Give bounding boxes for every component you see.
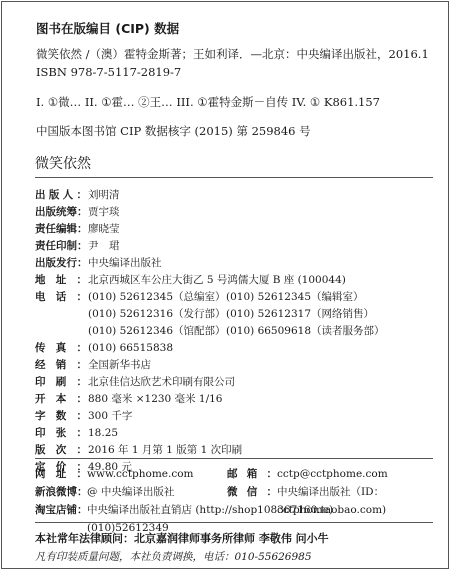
info-label: 传真：: [35, 340, 87, 357]
info-label: 地址：: [35, 272, 87, 289]
info-label: 出版人：: [35, 187, 87, 204]
phone-entry: (010) 52612317（网络销售）: [226, 306, 385, 323]
info-row: 责任印制：尹 珺: [35, 238, 435, 255]
info-label: 印刷：: [35, 374, 87, 391]
info-value: 880 毫米 ×1230 毫米 1/16: [87, 391, 223, 408]
info-label: 出版统筹：: [35, 204, 87, 221]
info-row: 印张：18.25: [35, 425, 435, 442]
website-link[interactable]: www.cctphome.com: [87, 465, 227, 483]
info-row-phone: 电 话 ： (010) 52612345（总编室） (010) 52612345…: [35, 289, 435, 340]
info-row: 传真：(010) 66515838: [35, 340, 435, 357]
info-value: 中央编译出版社: [87, 255, 162, 272]
info-label: 字数：: [35, 408, 87, 425]
info-label-phone: 电 话 ：: [35, 289, 87, 340]
taobao-label: 淘 宝 店 铺 ：: [35, 501, 87, 519]
info-value: 18.25: [87, 425, 118, 442]
weibo-account: @ 中央编译出版社: [87, 483, 227, 501]
divider-top: [35, 177, 433, 178]
website-label: 网 址 ：: [35, 465, 87, 483]
info-row: 字数：300 千字: [35, 408, 435, 425]
contact-row-weibo-wechat: 新 浪 微 博 ： @ 中央编译出版社 微 信 ： 中央编译出版社（ID：cct…: [35, 483, 435, 501]
wechat-label: 微 信 ：: [227, 483, 277, 501]
contact-row-web-email: 网 址 ： www.cctphome.com 邮 箱 ： cctp@cctpho…: [35, 465, 435, 483]
copyright-page: 图书在版编目 (CIP) 数据 微笑依然 /（澳）霍特金斯著；王如利译．—北京：…: [1, 1, 449, 569]
info-row: 出版发行：中央编译出版社: [35, 255, 435, 272]
info-row: 出版统筹：贾宇琰: [35, 204, 435, 221]
quality-notice: 凡有印装质量问题，本社负责调换，电话：010-55626985: [35, 549, 312, 564]
divider-middle: [35, 458, 433, 459]
info-row: 地址：北京西城区车公庄大街乙 5 号鸿儒大厦 B 座 (100044): [35, 272, 435, 289]
phone-entry: (010) 52612345（编辑室）: [226, 289, 385, 306]
info-row: 责任编辑：廖晓莹: [35, 221, 435, 238]
info-row: 出版人：刘明清: [35, 187, 435, 204]
contact-info: 网 址 ： www.cctphome.com 邮 箱 ： cctp@cctpho…: [35, 465, 435, 519]
phone-entry: (010) 52612345（总编室）: [88, 289, 226, 306]
info-value: 全国新华书店: [87, 357, 151, 374]
info-value: (010) 66515838: [87, 340, 173, 357]
email-label: 邮 箱 ：: [227, 465, 277, 483]
cip-verification-number: 中国版本图书馆 CIP 数据核字 (2015) 第 259846 号: [36, 123, 311, 139]
info-value: 廖晓莹: [87, 221, 120, 238]
info-value: 北京西城区车公庄大街乙 5 号鸿儒大厦 B 座 (100044): [87, 272, 346, 289]
wechat-account: 中央编译出版社（ID：cctphome): [277, 483, 435, 501]
info-label: 版次：: [35, 442, 87, 459]
info-label: 印张：: [35, 425, 87, 442]
phone-list: (010) 52612345（总编室） (010) 52612345（编辑室） …: [87, 289, 385, 340]
info-row: 印刷：北京佳信达欣艺术印刷有限公司: [35, 374, 435, 391]
legal-counsel: 本社常年法律顾问：北京嘉润律师事务所律师 李敬伟 问小牛: [35, 530, 329, 546]
taobao-store[interactable]: 中央编译出版社直销店 (http://shop108367160.taobao.…: [87, 501, 435, 519]
info-value: 2016 年 1 月第 1 版第 1 次印刷: [87, 442, 242, 459]
contact-row-taobao: 淘 宝 店 铺 ： 中央编译出版社直销店 (http://shop1083671…: [35, 501, 435, 519]
info-label: 出版发行：: [35, 255, 87, 272]
info-label: 责任编辑：: [35, 221, 87, 238]
info-label: 开本：: [35, 391, 87, 408]
cip-bibliographic-line: 微笑依然 /（澳）霍特金斯著；王如利译．—北京：中央编译出版社，2016.1: [36, 46, 429, 62]
divider-bottom: [35, 522, 433, 523]
info-row: 经销：全国新华书店: [35, 357, 435, 374]
info-label: 经销：: [35, 357, 87, 374]
cip-isbn: ISBN 978-7-5117-2819-7: [36, 65, 181, 79]
weibo-label: 新 浪 微 博 ：: [35, 483, 87, 501]
info-row: 开本：880 毫米 ×1230 毫米 1/16: [35, 391, 435, 408]
info-value: 刘明清: [87, 187, 120, 204]
phone-entry: (010) 66509618（读者服务部）: [226, 323, 385, 340]
info-label: 责任印制：: [35, 238, 87, 255]
email-link[interactable]: cctp@cctphome.com: [277, 465, 388, 483]
info-value: 北京佳信达欣艺术印刷有限公司: [87, 374, 235, 391]
book-title: 微笑依然: [35, 153, 91, 173]
info-row: 版次：2016 年 1 月第 1 版第 1 次印刷: [35, 442, 435, 459]
phone-entry: (010) 52612346（馆配部）: [88, 323, 226, 340]
publication-info: 出版人：刘明清出版统筹：贾宇琰责任编辑：廖晓莹责任印制：尹 珺出版发行：中央编译…: [35, 187, 435, 476]
info-value: 尹 珺: [87, 238, 120, 255]
cip-title: 图书在版编目 (CIP) 数据: [36, 19, 179, 37]
cip-classification: I. ①微… II. ①霍… ②王… III. ①霍特金斯－自传 IV. ① K…: [36, 94, 380, 110]
phone-entry: (010) 52612316（发行部）: [88, 306, 226, 323]
info-value: 300 千字: [87, 408, 132, 425]
info-value: 贾宇琰: [87, 204, 120, 221]
